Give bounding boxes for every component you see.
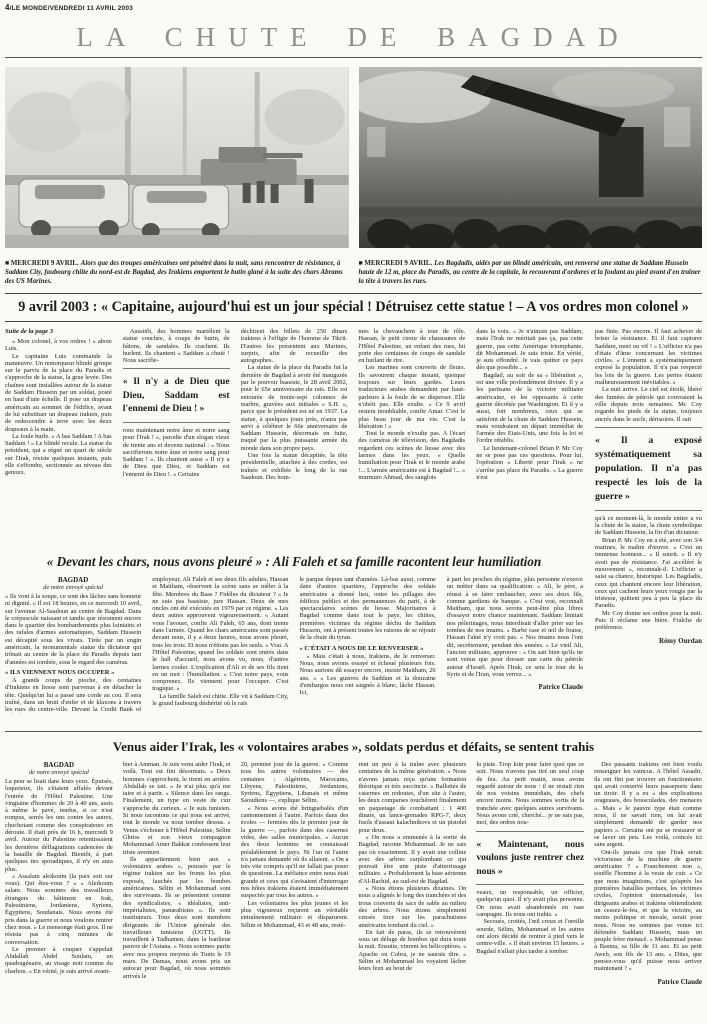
newspaper-page: 4/LE MONDE/VENDREDI 11 AVRIL 2003 LA CHU…: [0, 0, 707, 1024]
article2-col1: BAGDAD de notre envoyé spécial « Ils von…: [5, 576, 141, 714]
article1-col2: Aussitôt, des hommes martèlent la statue…: [123, 328, 230, 546]
pull-quote: « Maintenant, nous voulons juste rentrer…: [476, 831, 584, 886]
paragraph: « On nous a emmenés à la sortie de Bagda…: [358, 834, 466, 885]
dateline-correspondent: de notre envoyé spécial: [5, 584, 141, 591]
paragraph: A grands coups de pioche, des centaines …: [5, 677, 141, 714]
article3-col1: BAGDAD de notre envoyé spécial La peur s…: [5, 761, 113, 1004]
photo-left-image: [5, 67, 349, 248]
article3-col6: Des passants irakiens ont bien voulu ren…: [594, 761, 702, 1004]
photo-right-credit: REUTERS: [359, 219, 360, 245]
paragraph: Bagdad, au soir de sa « libération », es…: [476, 372, 583, 445]
column-text: « Ils vont à la soupe, ce sont des lâche…: [5, 593, 141, 666]
paragraph: qu'à ce moment-là, le monde entier a vu …: [595, 515, 702, 537]
article1-col4: mes la chevauchent à tour de rôle. Hassa…: [358, 328, 465, 546]
paragraph: Une fois la statue décapitée, la tête pr…: [241, 452, 348, 481]
paragraph: Secoués, crottés, l'œil creux et l'oreil…: [476, 918, 584, 954]
paragraph: veaux, un responsable, un officier, quel…: [476, 889, 584, 918]
paragraph: « Mais c'était à nous, Irakiens, de le r…: [300, 653, 436, 697]
dateline-correspondent: de notre envoyé spécial: [5, 769, 113, 776]
paragraph: bier à Amman. Je suis venu aider l'Irak,…: [123, 761, 231, 856]
paragraph: déchirent des billets de 250 dinars irak…: [241, 328, 348, 364]
column-text: Des passants irakiens ont bien voulu ren…: [594, 761, 702, 973]
column-text: Aussitôt, des hommes martèlent la statue…: [123, 328, 230, 364]
article2-headline: « Devant les chars, nous avons pleuré » …: [5, 554, 583, 569]
dateline-city: BAGDAD: [5, 576, 141, 584]
pull-quote: « Il n'y a de Dieu que Dieu, Saddam est …: [123, 368, 230, 423]
paragraph: Le premier à craquer s'appelait Abdallah…: [5, 946, 113, 975]
column-text: pas finie. Pas encore. Il faut achever d…: [595, 328, 702, 423]
paragraph: rons maintenant notre âme et notre sang …: [123, 427, 230, 478]
article2-col2: employeur, Ali Faleh et ses deux fils ad…: [152, 576, 288, 714]
paragraph: employeur, Ali Faleh et ses deux fils ad…: [152, 576, 288, 693]
paragraph: le parque depuis tant d'années. Là-bas a…: [300, 576, 436, 642]
article3-col4: rent un peu à la traîne avec plusieurs c…: [358, 761, 466, 1004]
column-text: « Mon colonel, à vos ordres ! » aboie Lu…: [5, 338, 112, 477]
article1-headline: 9 avril 2003 : « Capitaine, aujourd'hui …: [5, 299, 702, 315]
photo-left-caption: ■ MERCREDI 9 AVRIL.Alors que des troupes…: [5, 259, 349, 281]
photo-left: AFP: [5, 67, 349, 248]
paragraph: « Assalam aleikoum (la paix soit sur vou…: [5, 873, 113, 946]
article1-col5: dans la voix. « Je n'aimais pas Saddam, …: [476, 328, 583, 546]
title-rule: [5, 57, 702, 58]
paragraph: Aussitôt, des hommes martèlent la statue…: [123, 328, 230, 364]
paragraph: Le capitaine Luis commande la manœuvre. …: [5, 353, 112, 433]
article3-columns: BAGDAD de notre envoyé spécial La peur s…: [5, 761, 702, 1004]
paragraph: pas finie. Pas encore. Il faut achever d…: [595, 328, 702, 386]
column-text: « Mais c'était à nous, Irakiens, de le r…: [300, 653, 436, 697]
paragraph: La peur se lisait dans leurs yeux. Épuis…: [5, 778, 113, 873]
article3: Venus aider l'Irak, les « volontaires ar…: [5, 731, 702, 1004]
paragraph: Le lieutenant-colonel Brian P. Mc Coy ne…: [476, 445, 583, 481]
article3-col5: la piste. Trop loin pour faire quoi que …: [476, 761, 584, 1004]
paragraph: « Mon colonel, à vos ordres ! » aboie Lu…: [5, 338, 112, 353]
article1-headline-band: 9 avril 2003 : « Capitaine, aujourd'hui …: [5, 293, 702, 322]
pull-quote: « Il a exposé systématiquement sa popula…: [595, 427, 702, 511]
paragraph: « Nous avons été bringuebalés d'un canto…: [241, 805, 349, 900]
caption-date-lead: ■ MERCREDI 9 AVRIL.: [359, 260, 433, 267]
article2-subhead1: « ILS VIENNENT NOUS OCCUPER »: [5, 669, 141, 676]
article2-subhead2: « C'ÉTAIT A NOUS DE LE RENVERSER »: [300, 645, 436, 652]
caption-row: ■ MERCREDI 9 AVRIL.Alors que des troupes…: [5, 252, 702, 288]
column-text: qu'à ce moment-là, le monde entier a vu …: [595, 515, 702, 632]
article3-headline: Venus aider l'Irak, les « volontaires ar…: [5, 739, 702, 754]
paragraph: Brian P. Mc Coy en a été, avec son 3/4 m…: [595, 537, 702, 610]
column-text: La peur se lisait dans leurs yeux. Épuis…: [5, 778, 113, 975]
paragraph: « Nous étions plusieurs dizaines. On nou…: [358, 885, 466, 929]
article1-byline: Rémy Ourdan: [595, 637, 702, 645]
paragraph: Des passants irakiens ont bien voulu ren…: [594, 761, 702, 849]
continued-from-note: Suite de la page 3: [5, 328, 112, 335]
paragraph: à part les proches du régime, plus perso…: [447, 576, 583, 678]
section-title: LA CHUTE DE BAGDAD: [5, 19, 702, 55]
photo-right-caption: ■ MERCREDI 9 AVRIL.Les Bagdadis, aidés p…: [359, 259, 703, 281]
article3-col2: bier à Amman. Je suis venu aider l'Irak,…: [123, 761, 231, 1004]
photo-right: REUTERS: [359, 67, 703, 248]
column-text: veaux, un responsable, un officier, quel…: [476, 889, 584, 955]
paragraph: En fait de paras, ils se retrouvèrent so…: [358, 929, 466, 973]
paragraph: rent un peu à la traîne avec plusieurs c…: [358, 761, 466, 834]
article1-col6: pas finie. Pas encore. Il faut achever d…: [595, 328, 702, 724]
paragraph: la piste. Trop loin pour faire quoi que …: [476, 761, 584, 827]
paragraph: Les volontaires les plus jeunes et les p…: [241, 900, 349, 929]
dateline-city: BAGDAD: [5, 761, 113, 769]
article2-columns: BAGDAD de notre envoyé spécial « Ils von…: [5, 576, 583, 714]
article1-col3: déchirent des billets de 250 dinars irak…: [241, 328, 348, 546]
column-text: A grands coups de pioche, des centaines …: [5, 677, 141, 714]
photo-row: AFP: [5, 67, 702, 248]
article2-col4: à part les proches du régime, plus perso…: [447, 576, 583, 714]
article3-col3: 20, premier jour de la guerre. » Comme t…: [241, 761, 349, 1004]
paragraph: « Ils vont à la soupe, ce sont des lâche…: [5, 593, 141, 666]
photo-left-credit: AFP: [5, 234, 6, 245]
paragraph: La nuit arrive. Le ciel est étoilé, libé…: [595, 386, 702, 422]
article1-col1: Suite de la page 3 « Mon colonel, à vos …: [5, 328, 112, 546]
paragraph: 20, premier jour de la guerre. » Comme t…: [241, 761, 349, 805]
paragraph: Ont-ils jamais cru que l'Irak serait vic…: [594, 849, 702, 973]
masthead-text: /LE MONDE/VENDREDI 11 AVRIL 2003: [10, 5, 133, 12]
caption-date-lead: ■ MERCREDI 9 AVRIL.: [5, 260, 79, 267]
article2-byline: Patrice Claude: [447, 683, 583, 691]
column-text: à part les proches du régime, plus perso…: [447, 576, 583, 678]
paragraph: La famille Saleh est chiite. Elle vit à …: [152, 693, 288, 708]
paragraph: dans la voix. « Je n'aimais pas Saddam, …: [476, 328, 583, 372]
column-text: la piste. Trop loin pour faire quoi que …: [476, 761, 584, 827]
article1-columns: Suite de la page 3 « Mon colonel, à vos …: [5, 328, 583, 546]
paragraph: Tout le monde n'exulte pas. A l'écart de…: [358, 430, 465, 481]
article3-byline: Patrice Claude: [594, 978, 702, 986]
paragraph: Mc Coy donne ses ordres pour la nuit. Pu…: [595, 610, 702, 632]
column-text: rons maintenant notre âme et notre sang …: [123, 427, 230, 478]
middle-left: Suite de la page 3 « Mon colonel, à vos …: [5, 328, 583, 724]
paragraph: Ils appartiennent bien aux « volontaires…: [123, 856, 231, 980]
paragraph: La statue de la place du Paradis fut la …: [241, 364, 348, 452]
column-text: le parque depuis tant d'années. Là-bas a…: [300, 576, 436, 642]
masthead: 4/LE MONDE/VENDREDI 11 AVRIL 2003: [5, 3, 702, 13]
middle-zone: Suite de la page 3 « Mon colonel, à vos …: [5, 328, 702, 724]
paragraph: La foule hurle. « A bas Saddam ! A bas S…: [5, 433, 112, 477]
photo-right-image: [359, 67, 703, 248]
paragraph: mes la chevauchent à tour de rôle. Hassa…: [358, 328, 465, 364]
article2-col3: le parque depuis tant d'années. Là-bas a…: [300, 576, 436, 714]
paragraph: Les marines sont couverts de fleurs. Ils…: [358, 364, 465, 430]
